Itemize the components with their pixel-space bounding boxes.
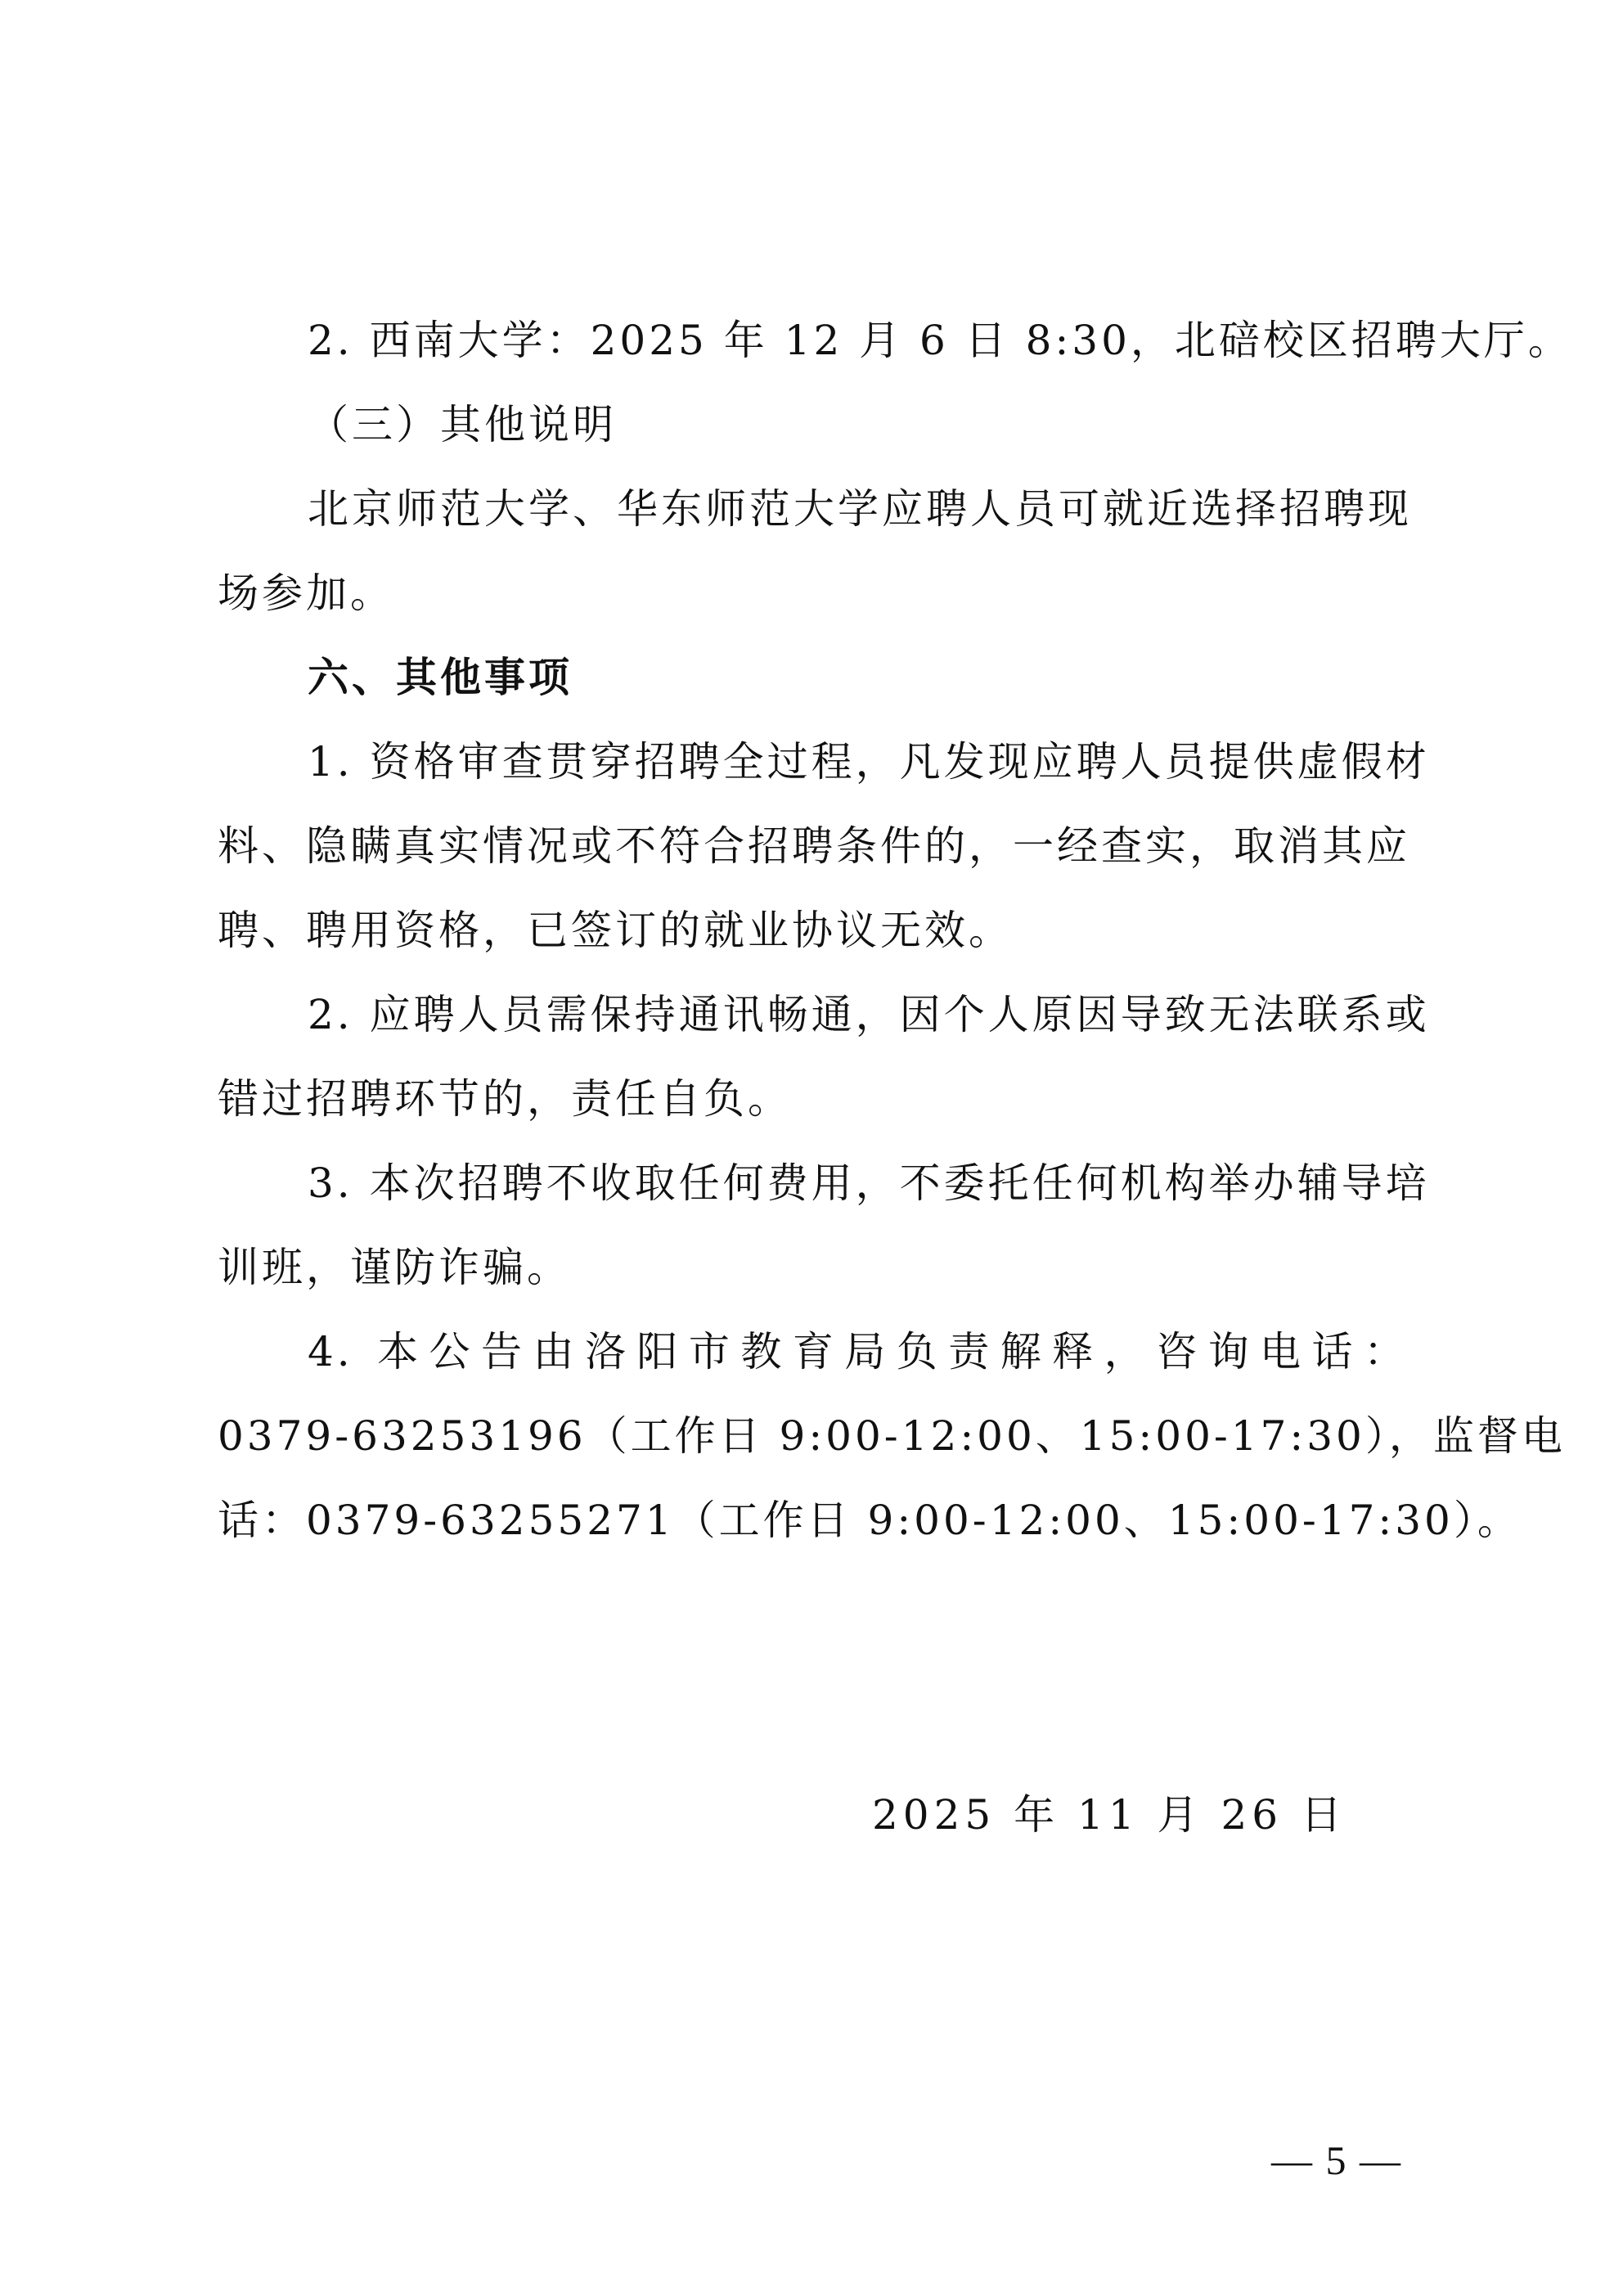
paragraph-nearby-venue-line2: 场参加。: [218, 567, 1408, 619]
section-heading-other-matters: 六、其他事项: [308, 651, 1408, 704]
item-1-line3: 聘、聘用资格，已签订的就业协议无效。: [218, 904, 1408, 957]
signature-date: 2025 年 11 月 26 日: [872, 1789, 1347, 1841]
item-2-line2: 错过招聘环节的，责任自负。: [218, 1073, 1408, 1125]
item-4-line1: 4. 本公告由洛阳市教育局负责解释，咨询电话：: [308, 1326, 1408, 1378]
item-3-line1: 3. 本次招聘不收取任何费用，不委托任何机构举办辅导培: [308, 1157, 1408, 1209]
item-1-line1: 1. 资格审查贯穿招聘全过程，凡发现应聘人员提供虚假材: [308, 736, 1408, 788]
item-1-line2: 料、隐瞒真实情况或不符合招聘条件的，一经查实，取消其应: [218, 820, 1408, 872]
item-2-line1: 2. 应聘人员需保持通讯畅通，因个人原因导致无法联系或: [308, 988, 1408, 1041]
document-page: 2. 西南大学：2025 年 12 月 6 日 8:30，北碚校区招聘大厅。 （…: [0, 0, 1623, 2296]
paragraph-nearby-venue-line1: 北京师范大学、华东师范大学应聘人员可就近选择招聘现: [308, 483, 1408, 535]
paragraph-swu-venue: 2. 西南大学：2025 年 12 月 6 日 8:30，北碚校区招聘大厅。: [308, 314, 1408, 367]
page-number: — 5 —: [1271, 2134, 1402, 2186]
item-3-line2: 训班，谨防诈骗。: [218, 1241, 1408, 1294]
section-heading-other-notes: （三）其他说明: [308, 398, 1408, 451]
item-4-line2: 0379-63253196（工作日 9:00-12:00、15:00-17:30…: [218, 1410, 1408, 1462]
item-4-line3: 话：0379-63255271（工作日 9:00-12:00、15:00-17:…: [218, 1494, 1408, 1546]
